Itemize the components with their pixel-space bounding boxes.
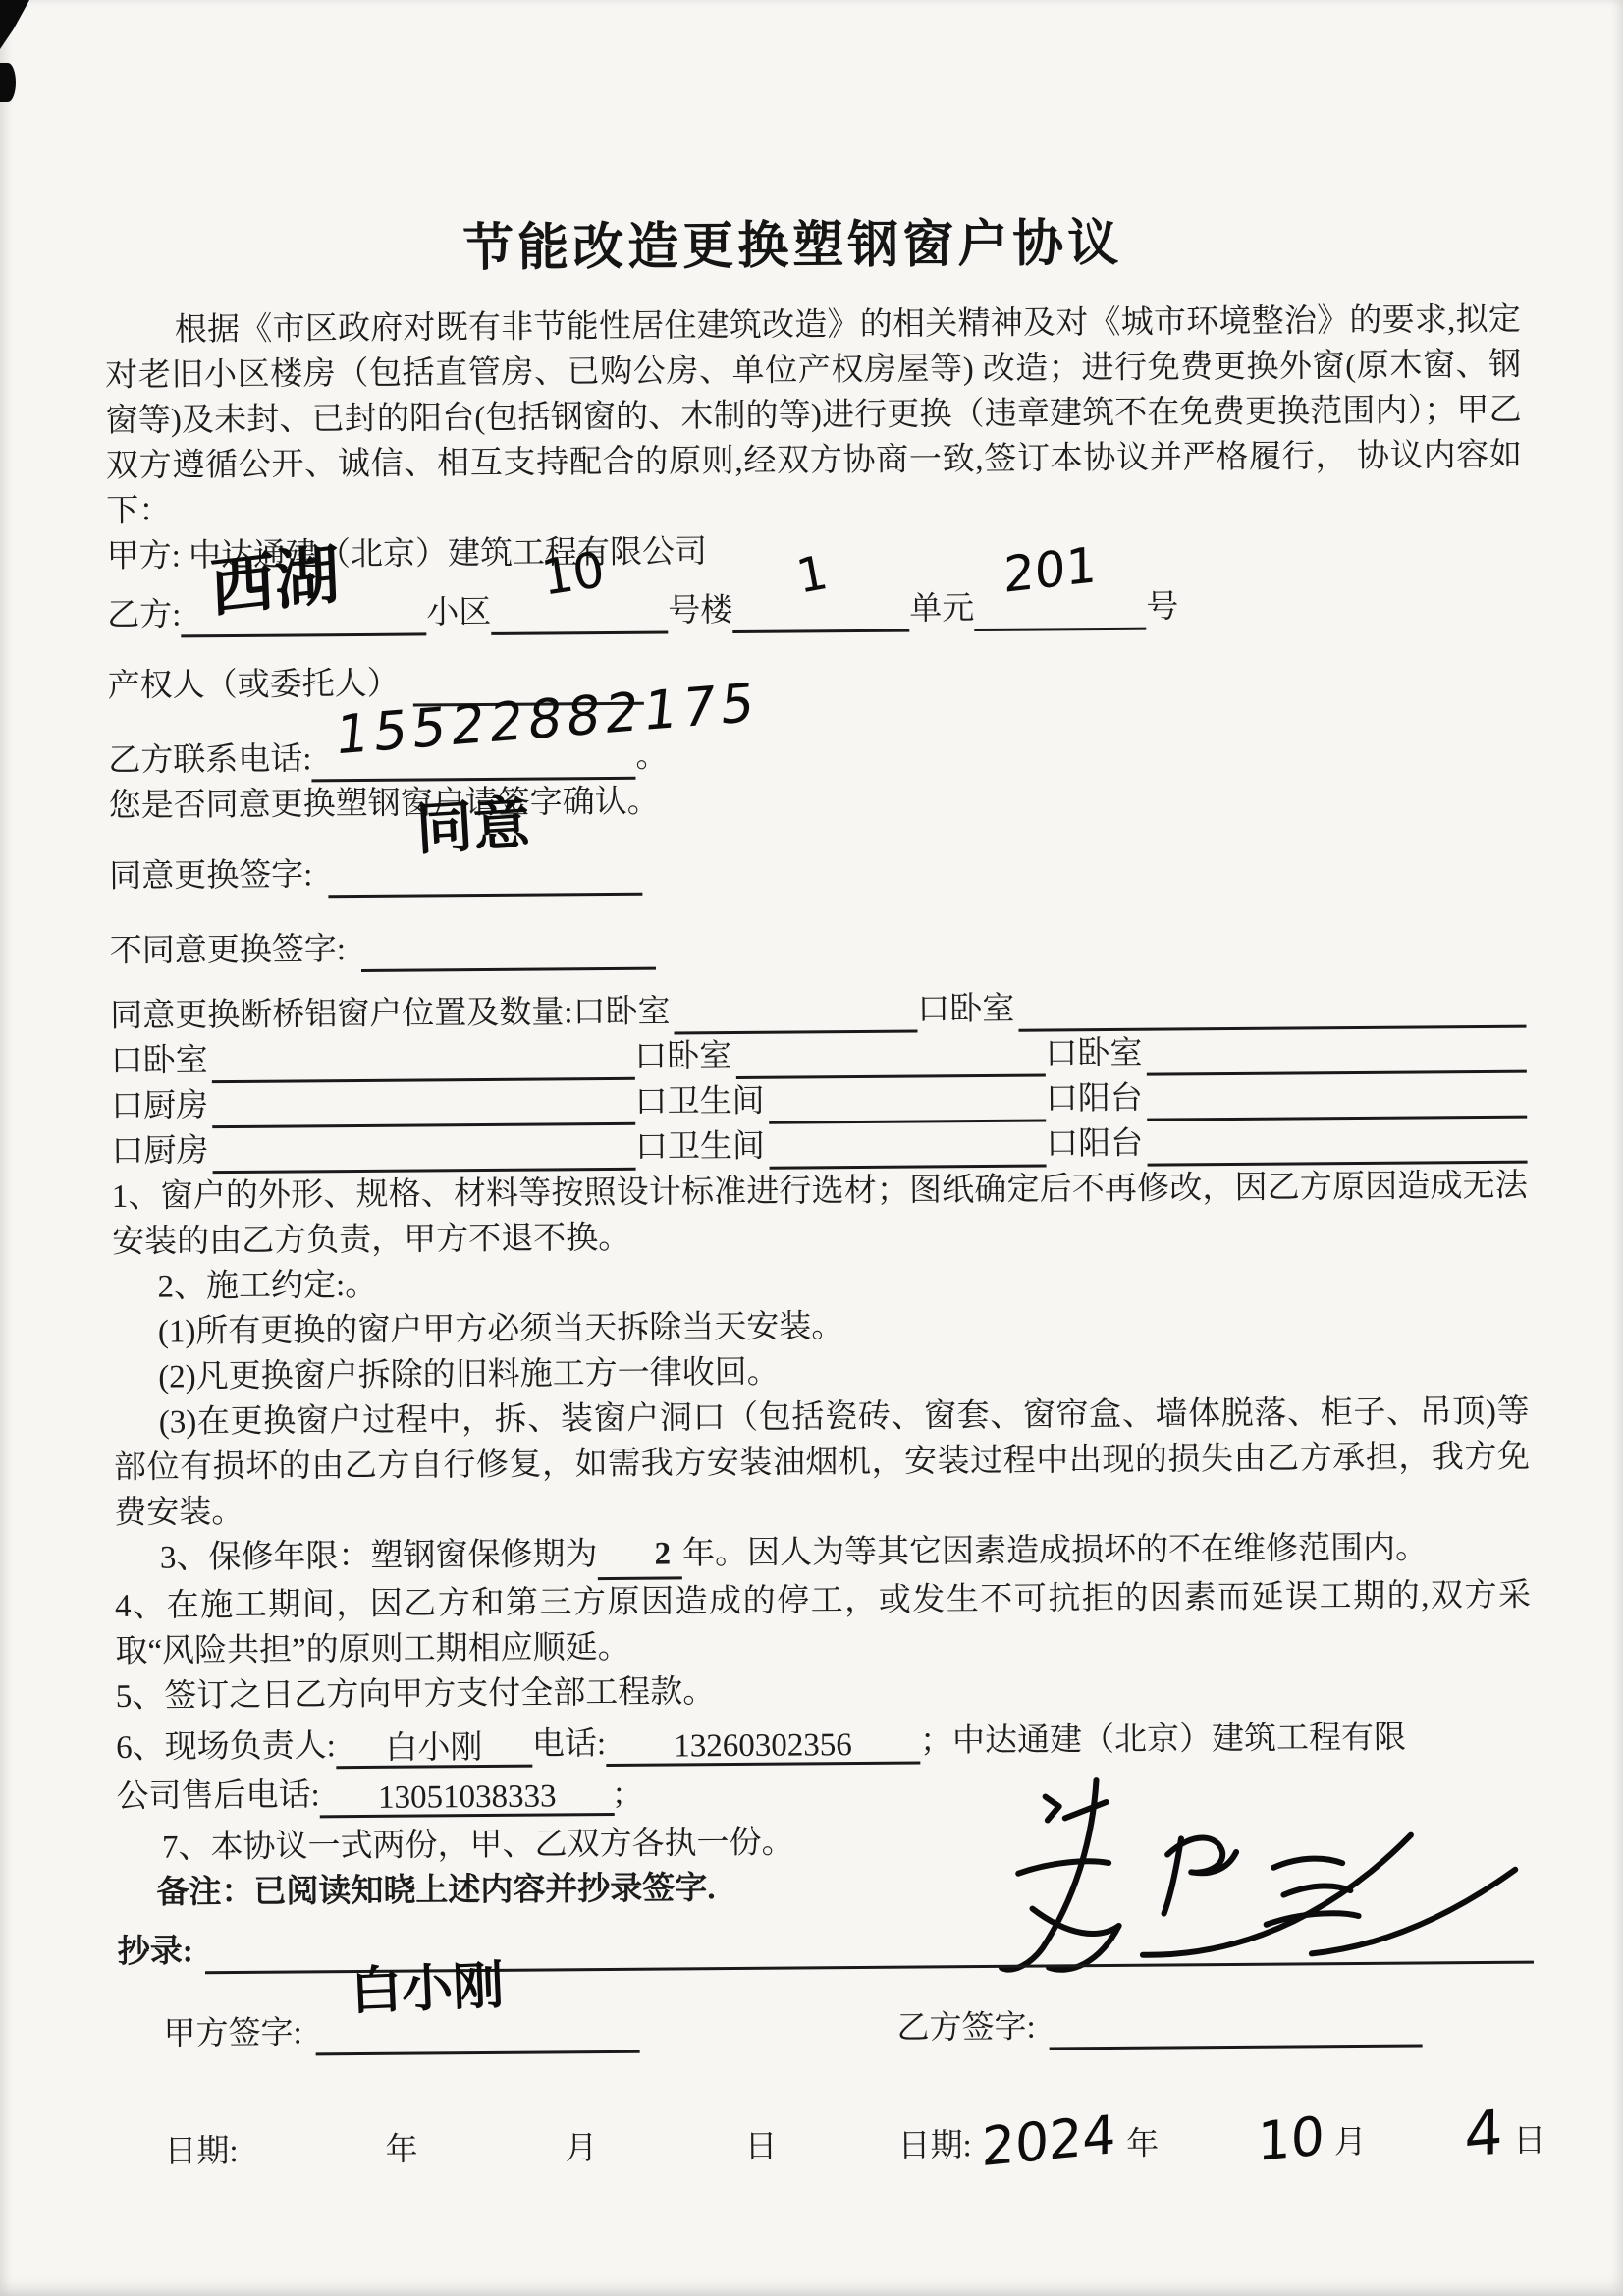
party-a-date-label: 日期: [164, 2129, 239, 2175]
phone-field: 15522882175 [311, 738, 635, 783]
loc-cell-label: 口阳台 [1046, 1076, 1143, 1122]
party-b-date-year-suffix: 年 [1126, 2122, 1159, 2167]
party-b-line: 乙方: 西湖 小区 10 号楼 1 单元 201 号 [107, 582, 1523, 638]
clause-6-lead: 6、现场负责人: [116, 1723, 336, 1771]
disagree-line: 不同意更换签字: [110, 918, 1526, 974]
clause-4: 4、在施工期间，因乙方和第三方原因造成的停工，或发生不可抗拒的因素而延误工期的,… [115, 1573, 1532, 1674]
party-b-sign-label: 乙方签字: [896, 2005, 1036, 2051]
party-a-date-year: 年 [385, 2128, 417, 2173]
aftersales-label: 公司售后电话: [116, 1773, 320, 1820]
copy-and-signature-area: 抄录: 甲方签字: 白小刚 乙方签字: [118, 1919, 1535, 2057]
copy-label: 抄录: [118, 1929, 193, 1975]
room-handwriting: 201 [1003, 540, 1097, 600]
loc-cell-label: 口厨房 [111, 1083, 208, 1129]
disagree-label: 不同意更换签字: [110, 927, 347, 974]
scanned-agreement-page: 节能改造更换塑钢窗户协议 根据《市区政府对既有非节能性居住建筑改造》的相关精神及… [0, 0, 1623, 2296]
loc-cell-field [768, 1083, 1045, 1123]
warranty-years: 2 [597, 1531, 682, 1580]
clause-3-suffix: 年。因人为等其它因素造成损坏的不在维修范围内。 [682, 1530, 1428, 1571]
party-a-signature-handwriting: 白小刚 [350, 1960, 505, 2018]
community-field: 西湖 [181, 593, 426, 637]
building-handwriting: 10 [539, 545, 608, 603]
party-a-date-month: 月 [565, 2126, 597, 2171]
party-b-date-month-suffix: 月 [1334, 2120, 1367, 2165]
aftersales-phone-field: 13051038333 [320, 1774, 615, 1818]
building-suffix: 号楼 [668, 588, 732, 634]
loc-cell-field [1146, 1035, 1527, 1076]
loc-cell-label: 口卧室 [111, 1038, 208, 1084]
loc-cell-field [735, 1038, 1045, 1078]
loc-cell-field [1147, 1125, 1528, 1167]
party-b-date-month-handwriting: 10 [1257, 2109, 1325, 2169]
locations-header-right: 口卧室 [917, 987, 1014, 1033]
locations-header-right-field [1018, 990, 1526, 1032]
unit-suffix: 单元 [909, 586, 974, 632]
loc-cell-label: 口卧室 [634, 1034, 731, 1080]
copy-line: 抄录: [118, 1919, 1534, 1975]
party-a-date-day: 日 [744, 2125, 777, 2170]
document-title: 节能改造更换塑钢窗户协议 [104, 211, 1481, 281]
signature-row: 甲方签字: 白小刚 乙方签字: [118, 2001, 1534, 2057]
community-handwriting: 西湖 [209, 542, 341, 622]
document-content: 节能改造更换塑钢窗户协议 根据《市区政府对既有非节能性居住建筑改造》的相关精神及… [104, 211, 1536, 2175]
loc-cell-label: 口厨房 [111, 1128, 208, 1175]
clause-3-prefix: 3、保修年限：塑钢窗保修期为 [160, 1537, 598, 1575]
locations-grid: 同意更换断桥铝窗户位置及数量:口卧室 口卧室 口卧室 口卧室 口卧室 口厨房 口… [110, 983, 1527, 1175]
disagree-field [361, 928, 656, 972]
owner-line: 产权人（或委托人） [108, 653, 1524, 709]
intro-paragraph: 根据《市区政府对既有非节能性居住建筑改造》的相关精神及对《城市环境整治》的要求,… [105, 298, 1523, 534]
agree-field: 同意 [328, 853, 642, 899]
party-b-date-label: 日期: [897, 2123, 972, 2169]
site-manager-phone-field: 13260302356 [606, 1722, 920, 1768]
loc-cell-field [212, 1087, 635, 1128]
party-a-sign-field: 白小刚 [316, 2011, 640, 2056]
clause-1: 1、窗户的外形、规格、材料等按照设计标准进行选材；图纸确定后不再修改，因乙方原因… [112, 1164, 1529, 1265]
agree-label: 同意更换签字: [109, 852, 313, 900]
clause-6-line-2: 公司售后电话: 13051038333 ; [116, 1764, 1532, 1820]
agree-handwriting: 同意 [414, 794, 531, 858]
locations-header-field [674, 995, 917, 1035]
unit-field: 1 [732, 590, 909, 633]
clause-6-phone-label: 电话: [532, 1722, 607, 1768]
loc-cell-label: 口卫生间 [635, 1124, 765, 1171]
date-row: 日期: 年 月 日 日期: 2024 年 10 月 4 日 [119, 2104, 1535, 2175]
clause-6-line-1: 6、现场负责人: 白小刚 电话: 13260302356 ；中达通建（北京）建筑… [116, 1715, 1532, 1771]
party-b-sign-field [1050, 2005, 1423, 2050]
loc-cell-field [212, 1042, 635, 1083]
clause-6-mid: ；中达通建（北京）建筑工程有限 [920, 1716, 1406, 1765]
party-b-date-day-suffix: 日 [1513, 2119, 1545, 2164]
party-a-sign-label: 甲方签字: [163, 2010, 302, 2056]
room-suffix: 号 [1146, 584, 1178, 629]
community-suffix: 小区 [426, 590, 491, 636]
loc-cell-field [769, 1128, 1046, 1169]
clause-6-line-2-suffix: ; [615, 1771, 624, 1816]
loc-cell-label: 口卧室 [1045, 1031, 1142, 1077]
room-field: 201 [974, 588, 1146, 631]
scan-corner-artifact [0, 0, 29, 49]
loc-cell-label: 口阳台 [1046, 1121, 1143, 1168]
loc-cell-label: 口卫生间 [634, 1079, 764, 1125]
scan-edge-artifact [0, 63, 16, 102]
phone-label: 乙方联系电话: [108, 737, 312, 784]
loc-cell-field [1147, 1080, 1528, 1121]
site-manager-field: 白小刚 [336, 1725, 532, 1770]
agree-line: 同意更换签字: 同意 [109, 844, 1525, 900]
party-b-date-day-handwriting: 4 [1465, 2102, 1504, 2166]
clause-2-item-3: (3)在更换窗户过程中，拆、装窗户洞口（包括瓷砖、窗套、窗帘盒、墙体脱落、柜子、… [113, 1390, 1530, 1536]
party-b-label: 乙方: [107, 592, 182, 638]
locations-header-label: 同意更换断桥铝窗户位置及数量:口卧室 [110, 989, 671, 1038]
building-field: 10 [491, 592, 668, 635]
party-b-date-year-handwriting: 2024 [982, 2108, 1116, 2174]
loc-cell-field [212, 1132, 635, 1174]
